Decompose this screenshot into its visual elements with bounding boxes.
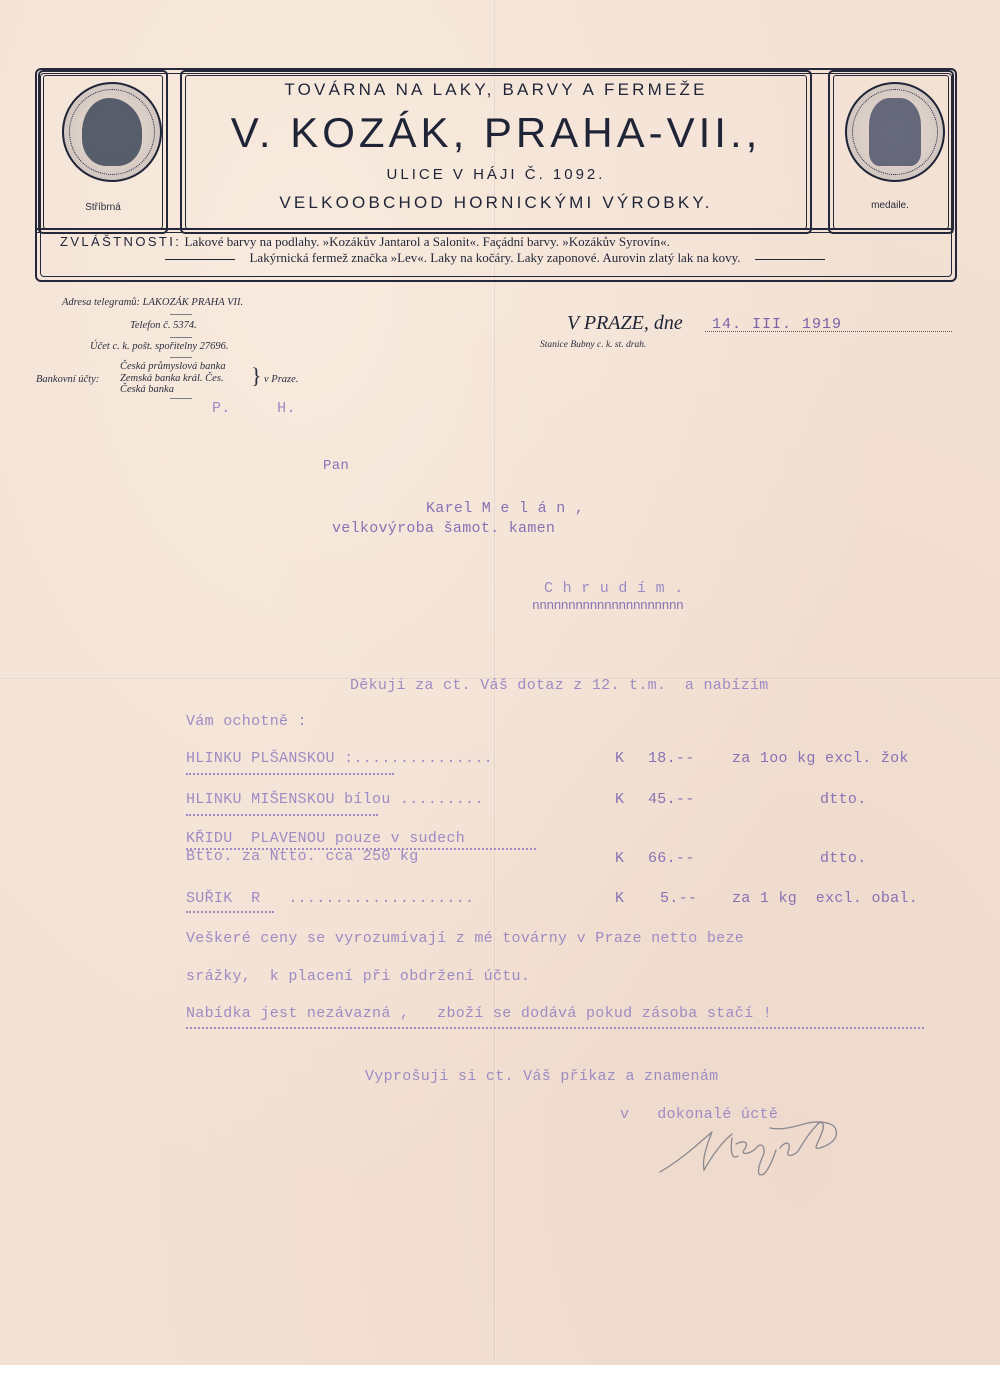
- letter-date: 14. III. 1919: [712, 316, 842, 333]
- separator: [170, 337, 192, 338]
- intro-line-1: Děkuji za ct. Váš dotaz z 12. t.m. a nab…: [350, 677, 769, 694]
- bank-1: Česká průmyslová banka: [120, 361, 226, 372]
- item-1-currency: K: [615, 750, 624, 767]
- item-3-name: KŘIDU PLAVENOU pouze v sudech: [186, 830, 465, 847]
- portrait-relief: [82, 98, 142, 166]
- divider: [37, 232, 953, 233]
- intro-line-2: Vám ochotně :: [186, 713, 307, 730]
- recipient-city: C h r u d í m .: [544, 580, 684, 597]
- specialties-text-1: Lakové barvy na podlahy. »Kozákův Jantar…: [185, 234, 670, 249]
- item-4-name: SUŘIK R ....................: [186, 890, 474, 907]
- item-3-price: 66.--: [648, 850, 695, 867]
- specialties-row-1: ZVLÁŠTNOSTI: Lakové barvy na podlahy. »K…: [60, 234, 930, 250]
- letterhead-tagline: TOVÁRNA NA LAKY, BARVY A FERMEŽE: [192, 80, 800, 100]
- bank-2: Zemská banka král. Čes.: [120, 373, 224, 384]
- item-1-underline: [186, 773, 394, 775]
- item-4-currency: K: [615, 890, 624, 907]
- divider: [37, 228, 953, 230]
- phone-number: Telefon č. 5374.: [130, 320, 197, 331]
- company-address: ULICE V HÁJI Č. 1092.: [190, 166, 802, 183]
- medal-left-caption: Stříbrná: [40, 202, 166, 213]
- letterhead-subtitle: VELKOOBCHOD HORNICKÝMI VÝROBKY.: [190, 193, 802, 213]
- bank-3: Česká banka: [120, 384, 174, 395]
- item-4-terms: za 1 kg excl. obal.: [732, 890, 918, 907]
- bank-label: Bankovní účty:: [36, 374, 99, 385]
- item-3-name-line-2: Btto. za Ntto. cca 250 kg: [186, 848, 419, 865]
- place-label: V PRAZE, dne: [567, 312, 683, 335]
- medal-figure-icon: [845, 82, 945, 182]
- medal-right-caption: medaile.: [828, 200, 952, 211]
- telegram-address: Adresa telegramů: LAKOZÁK PRAHA VII.: [62, 297, 243, 308]
- terms-line-3: Nabídka jest nezávazná , zboží se dodává…: [186, 1005, 772, 1022]
- separator: [170, 357, 192, 358]
- item-3-terms: dtto.: [820, 850, 867, 867]
- brace: }: [251, 363, 262, 389]
- specialties-label: ZVLÁŠTNOSTI:: [60, 234, 181, 249]
- item-1-terms: za 1oo kg excl. žok: [732, 750, 909, 767]
- ornament-rule: [755, 259, 825, 260]
- salutation: Pan: [323, 458, 349, 474]
- reference-initials: P. H.: [212, 400, 296, 417]
- signature-icon: [640, 1112, 860, 1192]
- ornament-rule: [165, 259, 235, 260]
- terms-line-2: srážky, k placení při obdržení účtu.: [186, 968, 530, 985]
- terms-3-underline: [186, 1027, 924, 1029]
- recipient-name: Karel M e l á n ,: [426, 500, 584, 517]
- item-1-name: HLINKU PLŠANSKOU :...............: [186, 750, 493, 767]
- medal-portrait-icon: [62, 82, 162, 182]
- scan-margin: [0, 1365, 1000, 1373]
- bank-city: v Praze.: [264, 374, 298, 385]
- figure-relief: [869, 98, 921, 166]
- specialties-text-2: Lakýrnická fermež značka »Lev«. Laky na …: [249, 250, 740, 265]
- item-4-underline: [186, 911, 274, 913]
- item-2-price: 45.--: [648, 791, 695, 808]
- separator: [170, 398, 192, 399]
- item-1-price: 18.--: [648, 750, 695, 767]
- separator: [170, 314, 192, 315]
- company-name: V. KOZÁK, PRAHA-VII.,: [190, 110, 802, 156]
- closing-line-1: Vyprošuji si ct. Váš příkaz a znamenám: [365, 1068, 718, 1085]
- terms-line-1: Veškeré ceny se vyrozumívají z mé továrn…: [186, 930, 744, 947]
- city-underline: nnnnnnnnnnnnnnnnnnnnn: [532, 598, 683, 613]
- station-note: Stanice Bubny c. k. st. drah.: [540, 340, 646, 350]
- item-2-name: HLINKU MIŠENSKOU bílou .........: [186, 791, 484, 808]
- specialties-row-2: Lakýrnická fermež značka »Lev«. Laky na …: [60, 250, 930, 266]
- item-2-terms: dtto.: [820, 791, 867, 808]
- item-2-currency: K: [615, 791, 624, 808]
- item-3-currency: K: [615, 850, 624, 867]
- item-4-price: 5.--: [660, 890, 697, 907]
- postal-account: Účet c. k. pošt. spořitelny 27696.: [90, 341, 229, 352]
- item-2-underline: [186, 814, 378, 816]
- recipient-business: velkovýroba šamot. kamen: [332, 520, 555, 537]
